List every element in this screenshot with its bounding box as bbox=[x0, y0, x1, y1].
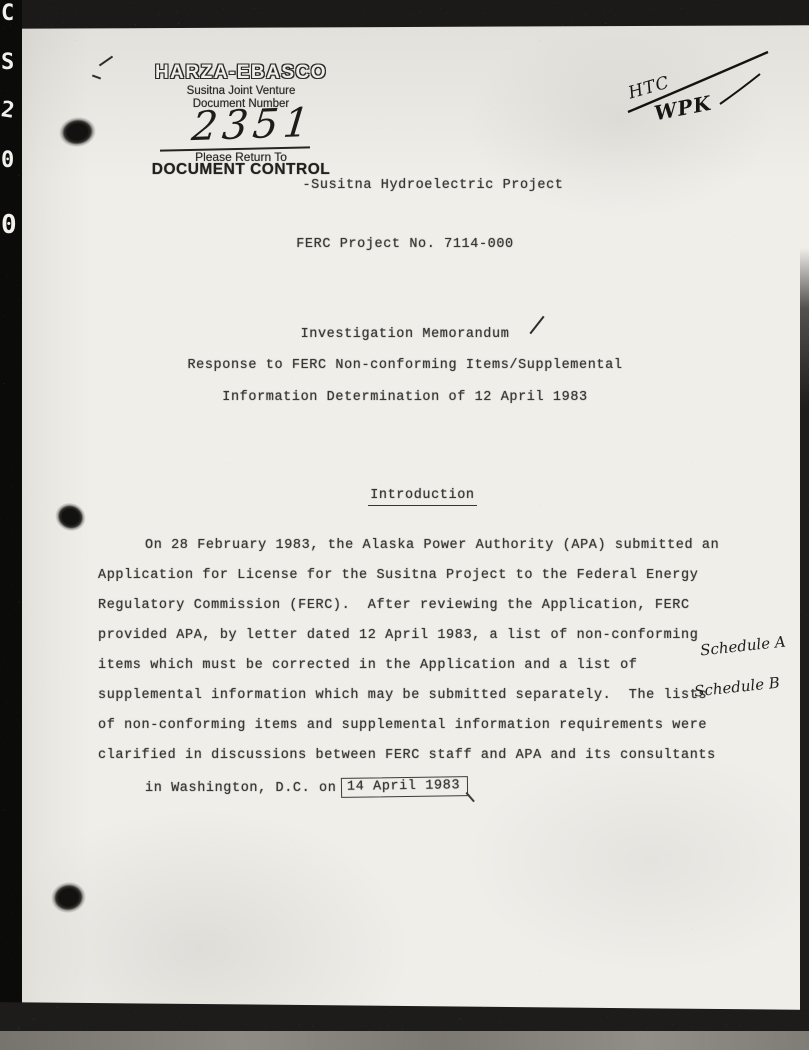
project-title: -Susitna Hydroelectric Project bbox=[118, 178, 748, 193]
punch-hole bbox=[57, 115, 98, 150]
paragraph-line: items which must be corrected in the App… bbox=[98, 658, 637, 673]
film-edge-char: 0 bbox=[1, 150, 14, 172]
paragraph-line: Regulatory Commission (FERC). After revi… bbox=[98, 598, 690, 613]
memo-subtitle-line2: Information Determination of 12 April 19… bbox=[90, 390, 720, 405]
scan-edge-top bbox=[0, 0, 809, 29]
pen-mark bbox=[99, 56, 113, 67]
scanned-document-page: C S 2 0 0 HARZA-EBASCO Susitna Joint Ven… bbox=[0, 0, 809, 1050]
paragraph-last-line: in Washington, D.C. on14 April 1983 bbox=[145, 779, 469, 799]
paragraph-line: clarified in discussions between FERC st… bbox=[98, 748, 716, 763]
paragraph-line: of non-conforming items and supplemental… bbox=[98, 718, 707, 733]
stamp-document-control-line: DOCUMENT CONTROL bbox=[142, 161, 340, 179]
paragraph-line: supplemental information which may be su… bbox=[98, 688, 707, 703]
margin-note-schedule-a: Schedule A bbox=[699, 633, 786, 660]
film-edge-char: 0 bbox=[1, 212, 17, 238]
stamp-subtitle: Susitna Joint Venture bbox=[148, 85, 334, 97]
punch-hole bbox=[51, 498, 91, 536]
scan-edge-bottom-shadow bbox=[0, 1031, 809, 1050]
stamp-company-name: HARZA-EBASCO bbox=[148, 62, 334, 84]
section-heading: Introduction bbox=[90, 473, 720, 518]
document-control-stamp: HARZA-EBASCO Susitna Joint Venture Docum… bbox=[148, 62, 334, 110]
scan-edge-right bbox=[800, 248, 809, 1050]
pen-mark bbox=[92, 75, 101, 80]
margin-note-schedule-b: Schedule B bbox=[693, 674, 780, 701]
boxed-date: 14 April 1983 bbox=[341, 776, 468, 798]
film-edge-char: 2 bbox=[0, 99, 16, 123]
paragraph-line: On 28 February 1983, the Alaska Power Au… bbox=[145, 538, 719, 553]
film-edge-char: S bbox=[1, 52, 14, 74]
paragraph-line: Application for License for the Susitna … bbox=[98, 568, 698, 583]
paragraph-line: provided APA, by letter dated 12 April 1… bbox=[98, 628, 698, 643]
film-edge-strip: C S 2 0 0 bbox=[0, 0, 22, 1050]
memo-title: Investigation Memorandum bbox=[90, 327, 720, 342]
memo-subtitle-line1: Response to FERC Non-conforming Items/Su… bbox=[90, 358, 720, 373]
ferc-project-number: FERC Project No. 7114-000 bbox=[90, 237, 720, 252]
film-edge-char: C bbox=[1, 3, 14, 25]
scan-noise-overlay bbox=[0, 0, 809, 1050]
section-heading-text: Introduction bbox=[368, 488, 476, 506]
last-line-text: in Washington, D.C. on bbox=[145, 781, 336, 796]
punch-hole bbox=[49, 879, 89, 916]
handwritten-document-number: 2351 bbox=[190, 100, 317, 150]
